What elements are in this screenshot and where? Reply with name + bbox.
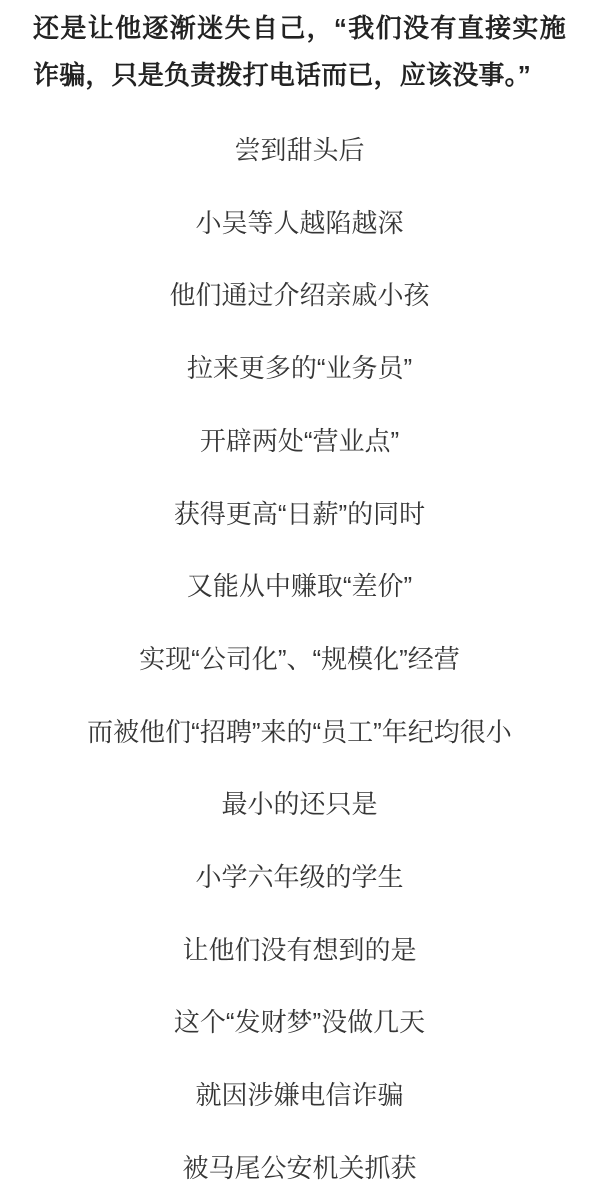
article-centered-lines: 尝到甜头后小吴等人越陷越深他们通过介绍亲戚小孩拉来更多的“业务员”开辟两处“营业…	[33, 114, 566, 1202]
article-line: 小学六年级的学生	[33, 841, 566, 914]
article-line: 而被他们“招聘”来的“员工”年纪均很小	[33, 696, 566, 769]
article-line: 被马尾公安机关抓获	[33, 1132, 566, 1202]
article-line: 获得更高“日薪”的同时	[33, 478, 566, 551]
article-line: 让他们没有想到的是	[33, 914, 566, 987]
article-lead-paragraph: 还是让他逐渐迷失自己，“我们没有直接实施诈骗，只是负责拨打电话而已，应该没事。”	[33, 5, 566, 99]
article-line: 这个“发财梦”没做几天	[33, 986, 566, 1059]
article-line: 拉来更多的“业务员”	[33, 332, 566, 405]
article-body: 还是让他逐渐迷失自己，“我们没有直接实施诈骗，只是负责拨打电话而已，应该没事。”…	[0, 0, 599, 1202]
article-line: 开辟两处“营业点”	[33, 405, 566, 478]
article-line: 尝到甜头后	[33, 114, 566, 187]
article-line: 小吴等人越陷越深	[33, 187, 566, 260]
article-line: 又能从中赚取“差价”	[33, 550, 566, 623]
article-line: 实现“公司化”、“规模化”经营	[33, 623, 566, 696]
article-line: 他们通过介绍亲戚小孩	[33, 259, 566, 332]
article-line: 就因涉嫌电信诈骗	[33, 1059, 566, 1132]
article-line: 最小的还只是	[33, 768, 566, 841]
